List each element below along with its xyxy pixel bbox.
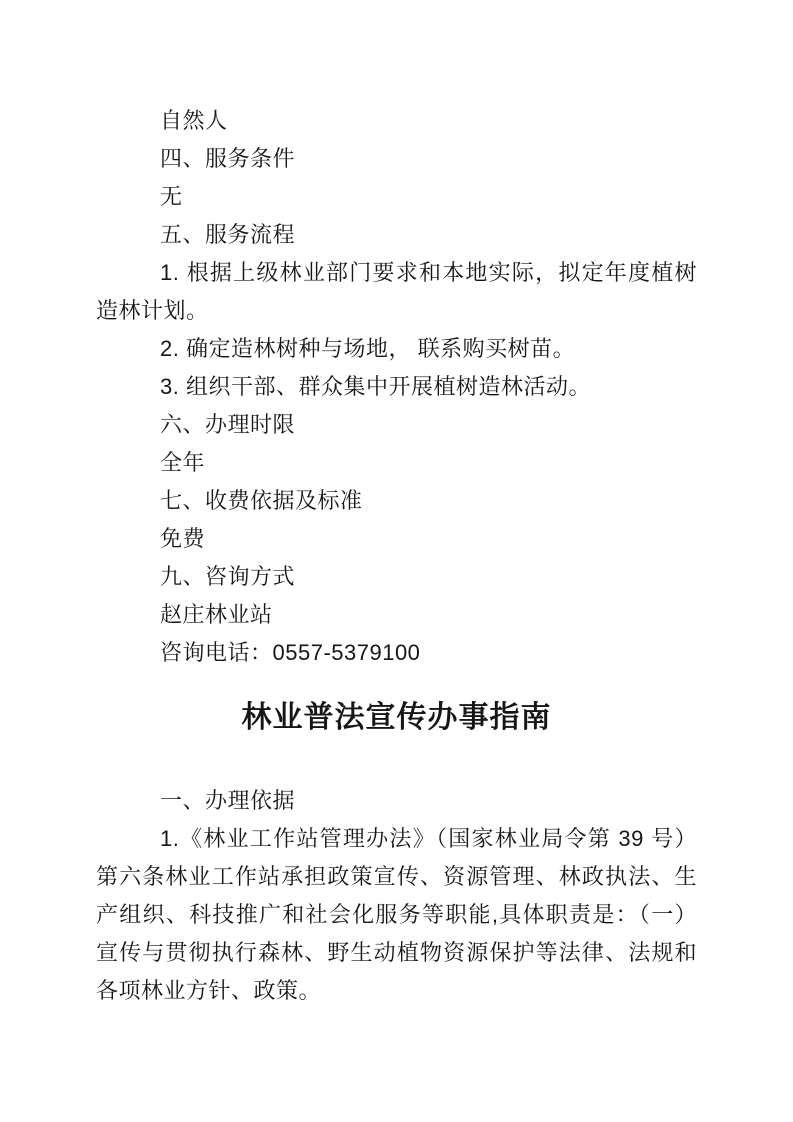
service-process-step-2: 2. 确定造林树种与场地， 联系购买树苗。: [96, 330, 697, 368]
service-guide-section: 自然人 四、服务条件 无 五、服务流程 1. 根据上级林业部门要求和本地实际，拟…: [96, 102, 697, 672]
heading-processing-basis: 一、办理依据: [96, 782, 697, 820]
document-title: 林业普法宣传办事指南: [96, 696, 697, 740]
fee-value: 免费: [96, 520, 697, 558]
heading-processing-time-limit: 六、办理时限: [96, 406, 697, 444]
service-process-step-1: 1. 根据上级林业部门要求和本地实际，拟定年度植树造林计划。: [96, 254, 697, 330]
processing-basis-paragraph: 1.《林业工作站管理办法》（国家林业局令第 39 号）第六条林业工作站承担政策宣…: [96, 820, 697, 1010]
heading-service-process: 五、服务流程: [96, 216, 697, 254]
service-process-step-3: 3. 组织干部、群众集中开展植树造林活动。: [96, 368, 697, 406]
heading-service-conditions: 四、服务条件: [96, 140, 697, 178]
consultation-station-name: 赵庄林业站: [96, 596, 697, 634]
legal-basis-section: 一、办理依据 1.《林业工作站管理办法》（国家林业局令第 39 号）第六条林业工…: [96, 782, 697, 1010]
service-object-value: 自然人: [96, 102, 697, 140]
heading-fee-basis-standard: 七、收费依据及标准: [96, 482, 697, 520]
processing-time-limit-value: 全年: [96, 444, 697, 482]
consultation-phone: 咨询电话：0557-5379100: [96, 634, 697, 672]
heading-consultation-method: 九、咨询方式: [96, 558, 697, 596]
document-page: 自然人 四、服务条件 无 五、服务流程 1. 根据上级林业部门要求和本地实际，拟…: [0, 0, 793, 1122]
service-conditions-value: 无: [96, 178, 697, 216]
